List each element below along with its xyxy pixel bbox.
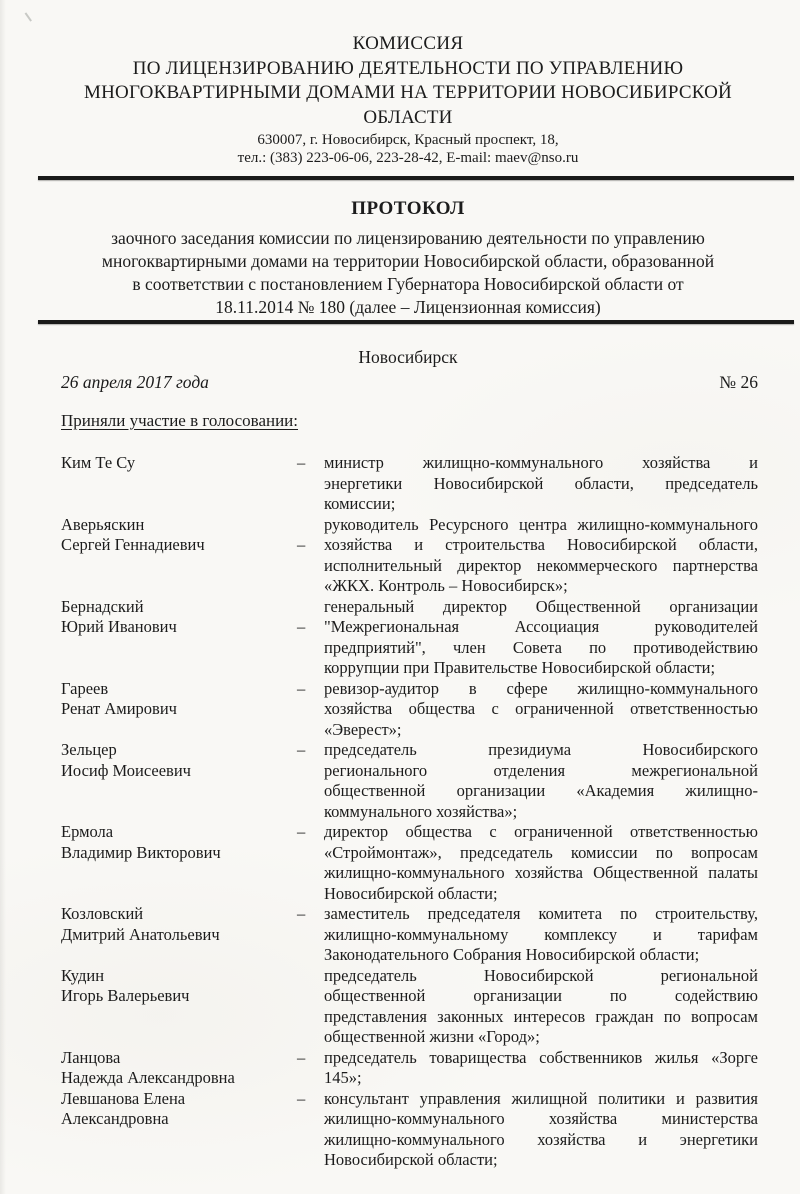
dash: – <box>297 617 324 638</box>
document-page: КОМИССИЯ ПО ЛИЦЕНЗИРОВАНИЮ ДЕЯТЕЛЬНОСТИ … <box>0 0 800 1194</box>
participant-role: председатель Новосибирской региональнойо… <box>324 966 758 1048</box>
participant-name-line: Кудин <box>61 966 297 987</box>
participant-role-line: предприятий", член Совета по противодейс… <box>324 638 758 659</box>
participant-name-line: Надежда Александровна <box>61 1068 297 1089</box>
participant-role-line: заместитель председателя комитета по стр… <box>324 904 758 925</box>
participant-role-line: руководитель Ресурсного центра жилищно-к… <box>324 515 758 536</box>
org-address: 630007, г. Новосибирск, Красный проспект… <box>16 132 800 150</box>
participant-name-line: Сергей Геннадиевич <box>61 535 297 556</box>
participant-row: БернадскийЮрий Иванович – генеральный ди… <box>61 597 758 679</box>
participant-row: АверьяскинСергей Геннадиевич – руководит… <box>61 515 758 597</box>
dash-column: – <box>297 597 324 679</box>
participant-role: заместитель председателя комитета по стр… <box>324 904 758 966</box>
doc-type-title: ПРОТОКОЛ <box>16 197 800 221</box>
participant-role: генеральный директор Общественной органи… <box>324 597 758 679</box>
city-line: Новосибирск <box>16 346 800 368</box>
participant-name-line: Гареев <box>61 679 297 700</box>
dash: – <box>297 453 324 474</box>
participant-name: Левшанова ЕленаАлександровна <box>61 1089 297 1171</box>
participant-name-line: Левшанова Елена <box>61 1089 297 1110</box>
participant-role-line: 145»; <box>324 1068 758 1089</box>
participant-row: ЛанцоваНадежда Александровна – председат… <box>61 1048 758 1089</box>
participant-name: КудинИгорь Валерьевич <box>61 966 297 1048</box>
participants-list: Ким Те Су – министр жилищно-коммунальног… <box>61 453 758 1171</box>
dash-column: – <box>297 679 324 741</box>
participant-role-line: общественной организации по содействию <box>324 986 758 1007</box>
dash-column <box>297 966 324 1048</box>
dash: – <box>297 679 324 700</box>
participant-name: ГареевРенат Амирович <box>61 679 297 741</box>
participant-name-line: Владимир Викторович <box>61 843 297 864</box>
participant-role-line: общественной жизни «Город»; <box>324 1027 758 1048</box>
date-number-row: 26 апреля 2017 года № 26 <box>61 371 758 393</box>
participant-role-line: хозяйства и строительства Новосибирской … <box>324 535 758 556</box>
participant-role-line: исполнительный директор некоммерческого … <box>324 556 758 577</box>
org-name-line-1: ПО ЛИЦЕНЗИРОВАНИЮ ДЕЯТЕЛЬНОСТИ ПО УПРАВЛ… <box>16 57 800 82</box>
participant-name: ЕрмолаВладимир Викторович <box>61 822 297 904</box>
participant-role-line: представления законных интересов граждан… <box>324 1007 758 1028</box>
dash: – <box>297 904 324 925</box>
participant-role-line: генеральный директор Общественной органи… <box>324 597 758 618</box>
dash: – <box>297 740 324 761</box>
participant-role-line: энергетики Новосибирской области, предсе… <box>324 474 758 495</box>
participant-row: КозловскийДмитрий Анатольевич – заместит… <box>61 904 758 966</box>
participant-role-line: коммунального хозяйства»; <box>324 802 758 823</box>
doc-date: 26 апреля 2017 года <box>61 371 209 393</box>
scan-edge-shadow <box>0 0 6 1194</box>
participant-name-line: Козловский <box>61 904 297 925</box>
dash-column: – <box>297 822 324 904</box>
participant-name-line: Александровна <box>61 1109 297 1130</box>
dash-column: – <box>297 1048 324 1089</box>
participant-row: ГареевРенат Амирович – ревизор-аудитор в… <box>61 679 758 741</box>
subtitle-divider <box>38 320 794 324</box>
participant-role-line: председатель товарищества собственников … <box>324 1048 758 1069</box>
participant-role-line: председатель президиума Новосибирского <box>324 740 758 761</box>
participant-name-line: Ланцова <box>61 1048 297 1069</box>
org-contacts: тел.: (383) 223-06-06, 223-28-42, E-mail… <box>16 150 800 168</box>
dash-column: – <box>297 453 324 515</box>
header-divider <box>38 176 794 180</box>
participant-role-line: «Строймонтаж», председатель комиссии по … <box>324 843 758 864</box>
dash: – <box>297 535 324 556</box>
participant-name-line: Бернадский <box>61 597 297 618</box>
participant-role-line: консультант управления жилищной политики… <box>324 1089 758 1110</box>
participants-heading: Приняли участие в голосовании: <box>61 410 298 431</box>
participant-name: АверьяскинСергей Геннадиевич <box>61 515 297 597</box>
dash-column: – <box>297 1089 324 1171</box>
participant-row: Ким Те Су – министр жилищно-коммунальног… <box>61 453 758 515</box>
subtitle-line-3: в соответствии с постановлением Губернат… <box>16 273 800 296</box>
participant-name: Ким Те Су <box>61 453 297 515</box>
participant-name-line: Аверьяскин <box>61 515 297 536</box>
participant-row: Левшанова ЕленаАлександровна – консульта… <box>61 1089 758 1171</box>
participant-name: ЗельцерИосиф Моисеевич <box>61 740 297 822</box>
participant-name-line: Ким Те Су <box>61 453 297 474</box>
doc-subtitle: заочного заседания комиссии по лицензиро… <box>16 227 800 319</box>
org-name-line-3: ОБЛАСТИ <box>16 106 800 131</box>
participant-name-line: Юрий Иванович <box>61 617 297 638</box>
participant-name-line: Иосиф Моисеевич <box>61 761 297 782</box>
subtitle-line-4: 18.11.2014 № 180 (далее – Лицензионная к… <box>16 296 800 319</box>
participant-role: директор общества с ограниченной ответст… <box>324 822 758 904</box>
participant-name: ЛанцоваНадежда Александровна <box>61 1048 297 1089</box>
participant-name-line: Зельцер <box>61 740 297 761</box>
dash: – <box>297 822 324 843</box>
participant-role-line: регионального отделения межрегиональной <box>324 761 758 782</box>
participant-name: БернадскийЮрий Иванович <box>61 597 297 679</box>
participant-role: председатель президиума Новосибирскогоре… <box>324 740 758 822</box>
org-title: КОМИССИЯ <box>16 32 800 57</box>
participant-role-line: комиссии; <box>324 494 758 515</box>
participant-role-line: министр жилищно-коммунального хозяйства … <box>324 453 758 474</box>
org-name-line-2: МНОГОКВАРТИРНЫМИ ДОМАМИ НА ТЕРРИТОРИИ НО… <box>16 81 800 106</box>
participant-role: консультант управления жилищной политики… <box>324 1089 758 1171</box>
participant-role-line: «Эверест»; <box>324 720 758 741</box>
dash-column: – <box>297 740 324 822</box>
participant-role-line: жилищно-коммунального хозяйства и энерге… <box>324 1130 758 1151</box>
participant-role: руководитель Ресурсного центра жилищно-к… <box>324 515 758 597</box>
participant-role-line: председатель Новосибирской региональной <box>324 966 758 987</box>
participant-role-line: «ЖКХ. Контроль – Новосибирск»; <box>324 576 758 597</box>
participant-role-line: директор общества с ограниченной ответст… <box>324 822 758 843</box>
dash: – <box>297 1048 324 1069</box>
participant-role-line: жилищно-коммунального хозяйства Обществе… <box>324 863 758 884</box>
participant-role-line: жилищно-коммунальному комплексу и тарифа… <box>324 925 758 946</box>
subtitle-line-1: заочного заседания комиссии по лицензиро… <box>16 227 800 250</box>
letterhead: КОМИССИЯ ПО ЛИЦЕНЗИРОВАНИЮ ДЕЯТЕЛЬНОСТИ … <box>16 0 800 167</box>
participant-role: министр жилищно-коммунального хозяйства … <box>324 453 758 515</box>
dash-column: – <box>297 515 324 597</box>
dash: – <box>297 1089 324 1110</box>
participant-role-line: ревизор-аудитор в сфере жилищно-коммунал… <box>324 679 758 700</box>
participant-row: КудинИгорь Валерьевич председатель Новос… <box>61 966 758 1048</box>
participant-name-line: Дмитрий Анатольевич <box>61 925 297 946</box>
participant-role-line: Новосибирской области; <box>324 884 758 905</box>
doc-number: № 26 <box>719 371 758 393</box>
participant-role-line: общественной организации «Академия жилищ… <box>324 781 758 802</box>
participant-name-line: Ренат Амирович <box>61 699 297 720</box>
participant-name-line: Игорь Валерьевич <box>61 986 297 1007</box>
participant-role-line: Новосибирской области; <box>324 1150 758 1171</box>
participant-name: КозловскийДмитрий Анатольевич <box>61 904 297 966</box>
participant-role-line: "Межрегиональная Ассоциация руководителе… <box>324 617 758 638</box>
participant-role-line: жилищно-коммунального хозяйства министер… <box>324 1109 758 1130</box>
participant-role: ревизор-аудитор в сфере жилищно-коммунал… <box>324 679 758 741</box>
participant-role: председатель товарищества собственников … <box>324 1048 758 1089</box>
participant-row: ЗельцерИосиф Моисеевич – председатель пр… <box>61 740 758 822</box>
participant-role-line: хозяйства общества с ограниченной ответс… <box>324 699 758 720</box>
participant-role-line: коррупции при Правительстве Новосибирско… <box>324 658 758 679</box>
subtitle-line-2: многоквартирными домами на территории Но… <box>16 250 800 273</box>
participant-role-line: Законодательного Собрания Новосибирской … <box>324 945 758 966</box>
participant-row: ЕрмолаВладимир Викторович – директор общ… <box>61 822 758 904</box>
participant-name-line: Ермола <box>61 822 297 843</box>
dash-column: – <box>297 904 324 966</box>
